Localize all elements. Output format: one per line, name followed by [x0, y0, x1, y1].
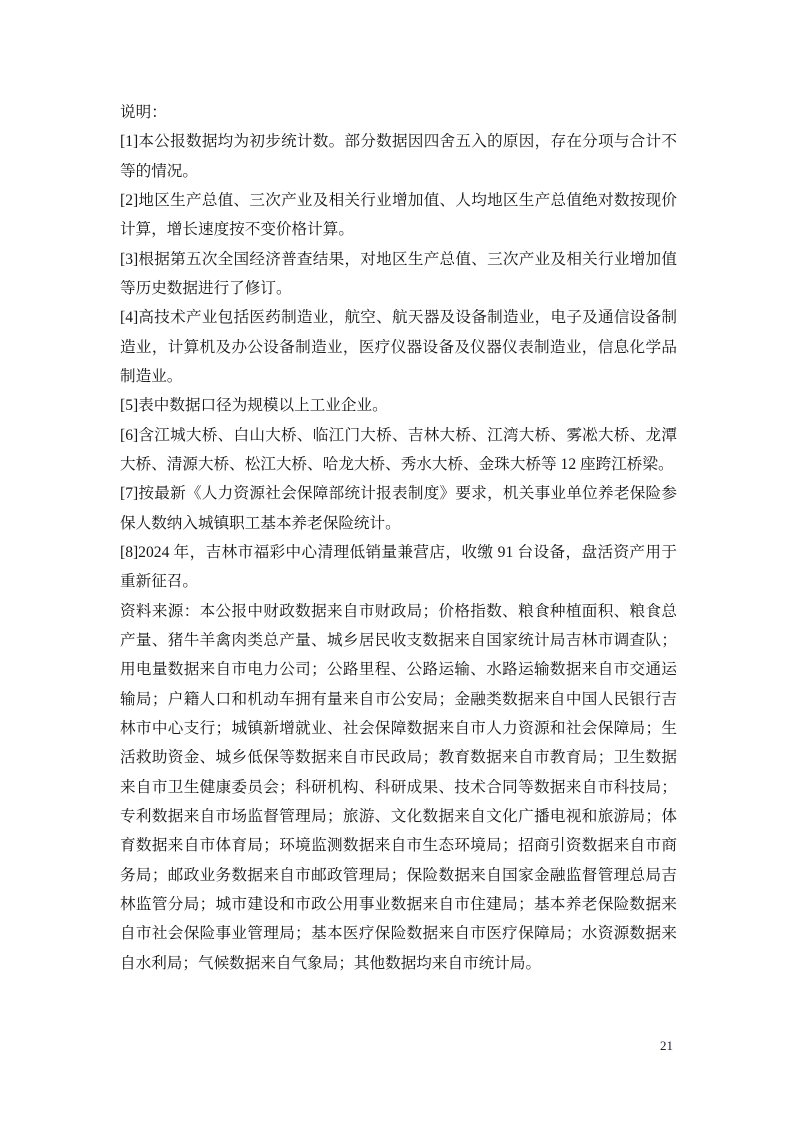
- note-paragraph-2: [2]地区生产总值、三次产业及相关行业增加值、人均地区生产总值绝对数按现价计算，…: [120, 186, 677, 245]
- page-number: 21: [660, 1038, 673, 1054]
- note-paragraph-4: [4]高技术产业包括医药制造业，航空、航天器及设备制造业，电子及通信设备制造业，…: [120, 303, 677, 391]
- note-paragraph-8: [8]2024 年，吉林市福彩中心清理低销量兼营店，收缴 91 台设备，盘活资产…: [120, 538, 677, 597]
- note-paragraph-7: [7]按最新《人力资源社会保障部统计报表制度》要求，机关事业单位养老保险参保人数…: [120, 479, 677, 538]
- data-sources-paragraph: 资料来源：本公报中财政数据来自市财政局；价格指数、粮食种植面积、粮食总产量、猪牛…: [120, 597, 677, 978]
- notes-section: 说明： [1]本公报数据均为初步统计数。部分数据因四舍五入的原因，存在分项与合计…: [120, 98, 677, 978]
- note-paragraph-5: [5]表中数据口径为规模以上工业企业。: [120, 391, 677, 420]
- note-paragraph-3: [3]根据第五次全国经济普查结果，对地区生产总值、三次产业及相关行业增加值等历史…: [120, 245, 677, 304]
- note-paragraph-6: [6]含江城大桥、白山大桥、临江门大桥、吉林大桥、江湾大桥、雾凇大桥、龙潭大桥、…: [120, 421, 677, 480]
- notes-heading: 说明：: [120, 98, 677, 127]
- note-paragraph-1: [1]本公报数据均为初步统计数。部分数据因四舍五入的原因，存在分项与合计不等的情…: [120, 127, 677, 186]
- document-page: 说明： [1]本公报数据均为初步统计数。部分数据因四舍五入的原因，存在分项与合计…: [0, 0, 794, 1123]
